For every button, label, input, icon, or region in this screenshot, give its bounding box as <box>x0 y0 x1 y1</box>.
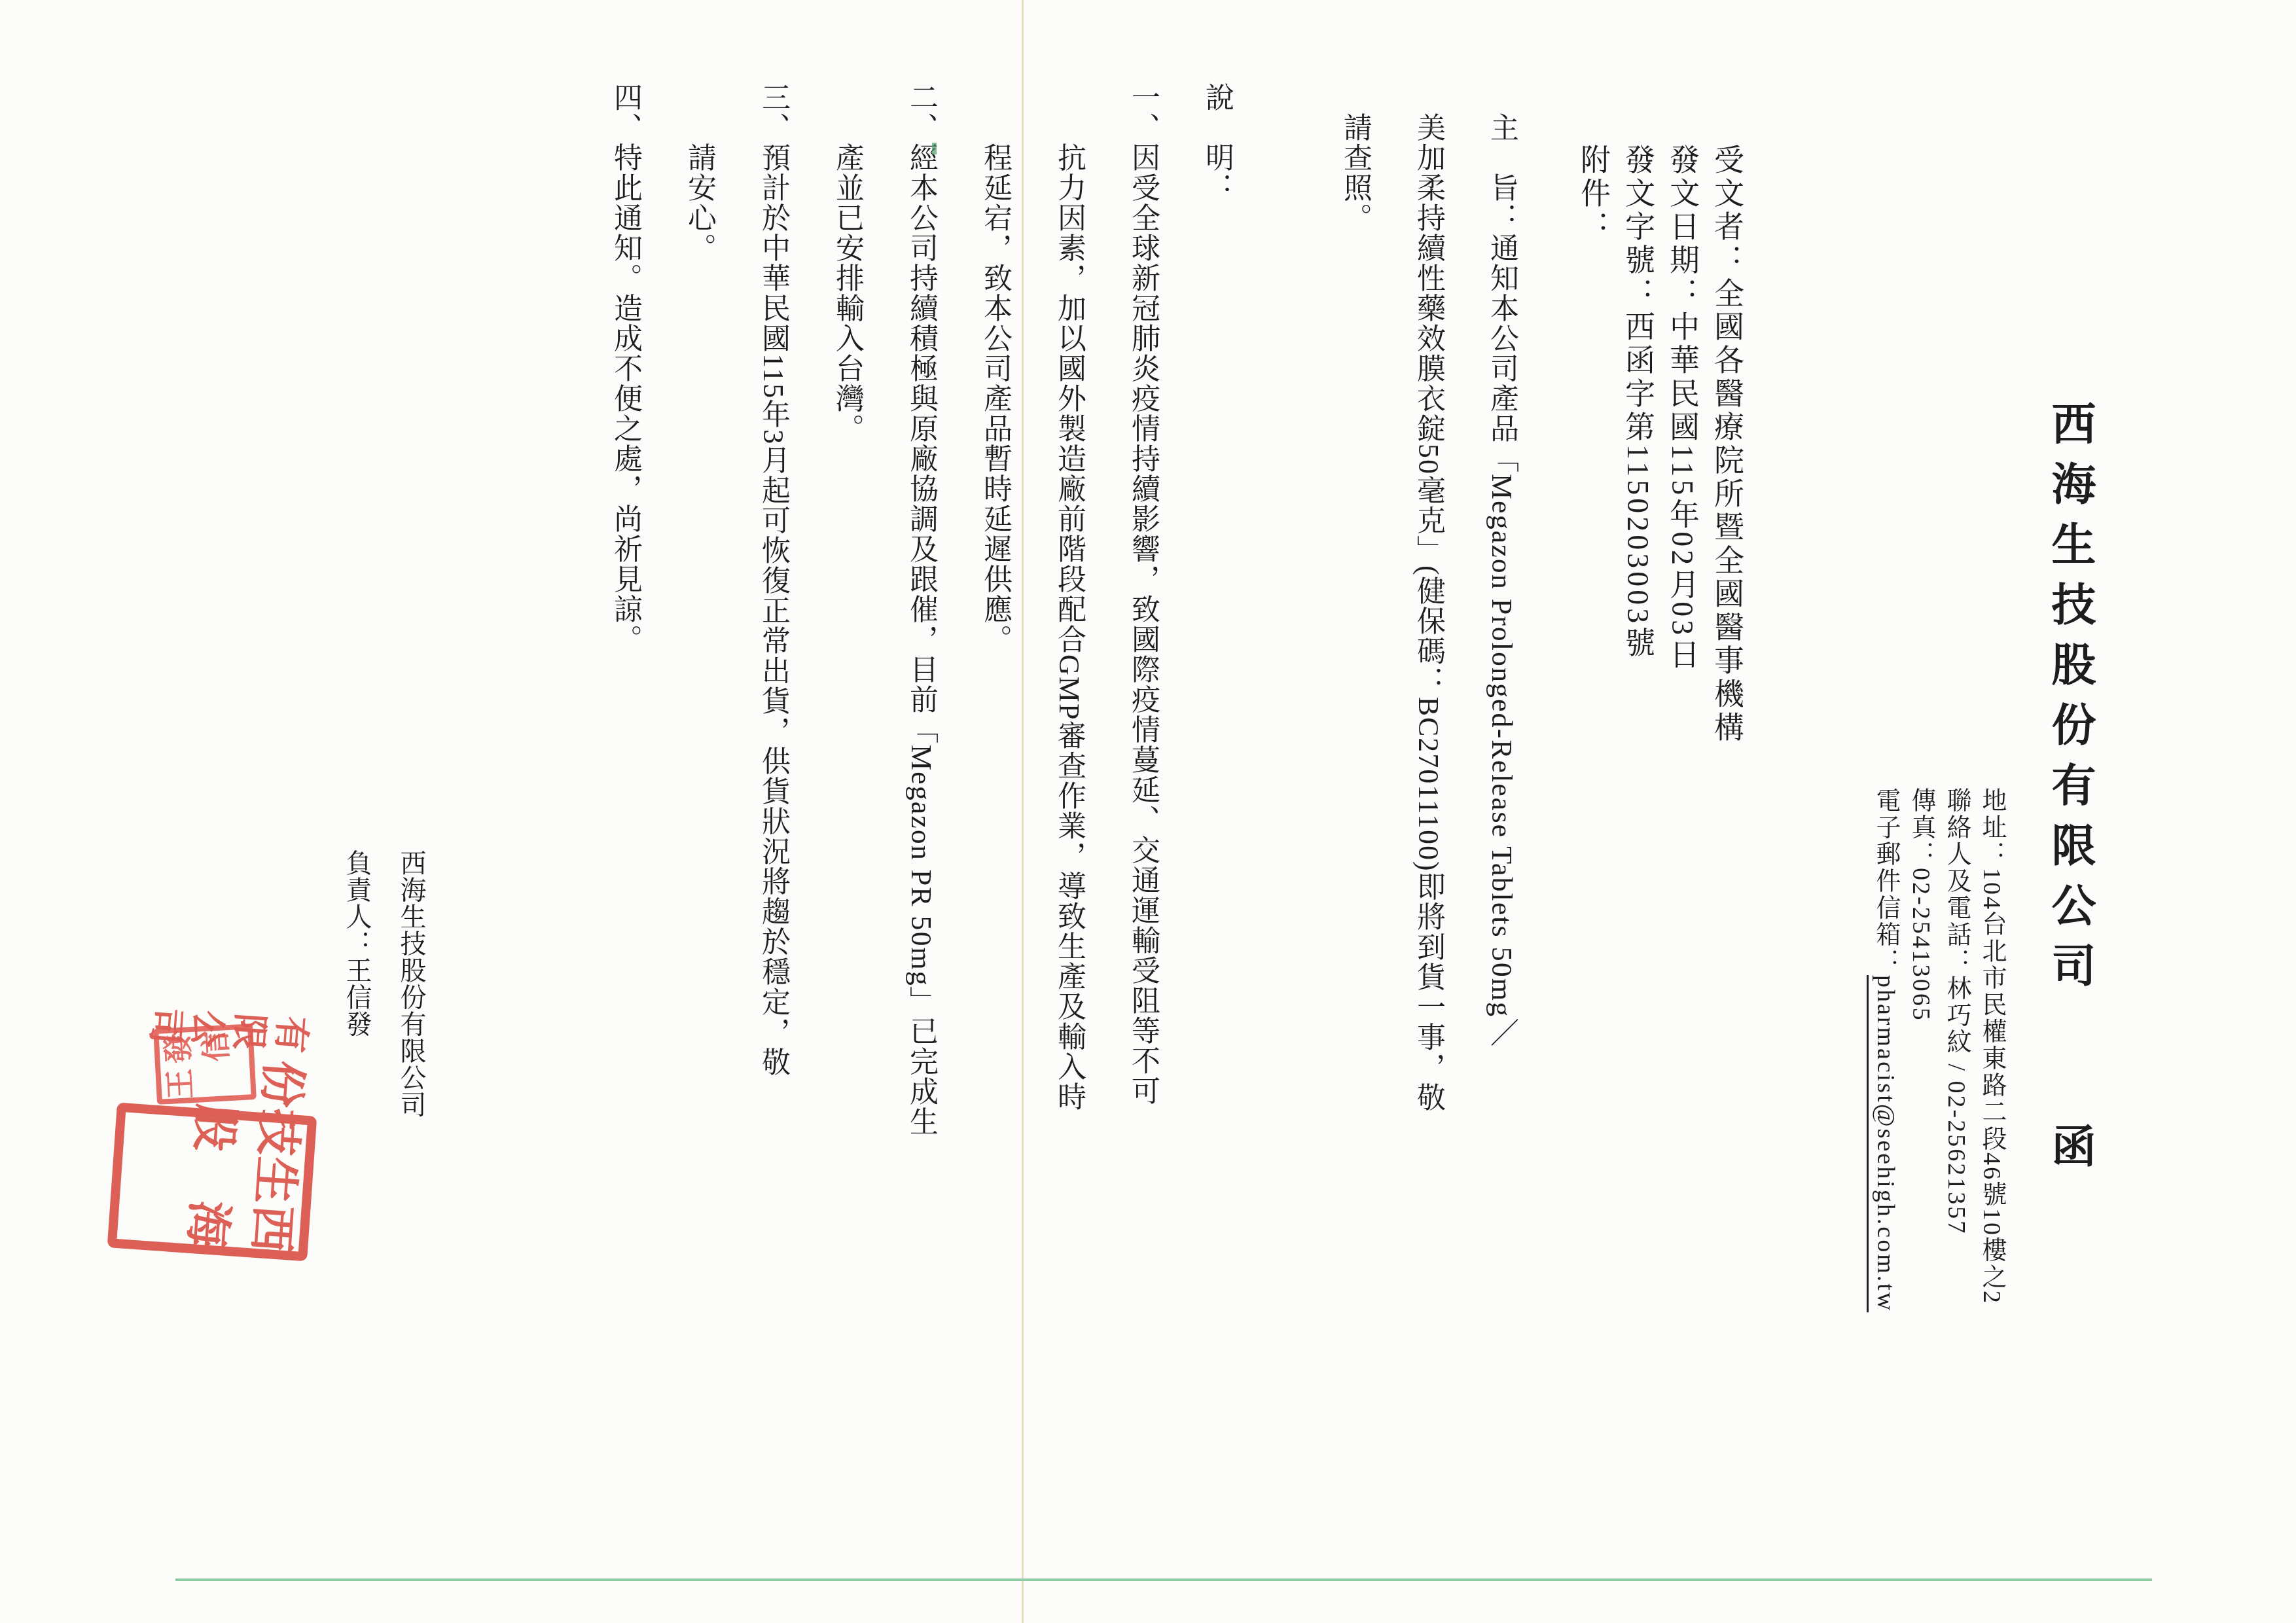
document-meta-block: 受文者：全國各醫療院所暨全國醫事機構 發文日期：中華民國115年02月03日 發… <box>1571 144 1749 745</box>
signature-company: 西海生技股份有限公司 <box>384 849 439 1118</box>
scan-artifact-green-speck <box>932 143 937 154</box>
signature-block: 西海生技股份有限公司 負責人：王信發 <box>330 849 439 1118</box>
body-item-2-col-2: 產並已安排輸入台灣。 <box>810 82 884 1137</box>
body-item-3-col-2: 請安心。 <box>662 82 736 1137</box>
contact-email-line: 電子郵件信箱：pharmacist@seehigh.com.tw <box>1868 787 1903 1312</box>
subject-block: 主 旨：通知本公司產品「Megazon Prolonged-Release Ta… <box>1318 113 1538 1113</box>
scanned-letter-page: 西海生技股份有限公司 函 地址：104台北市民權東路二段46號10樓之2 聯絡人… <box>0 0 2296 1623</box>
body-item-4-col-1: 四、特此通知。造成不便之處，尚祈見諒。 <box>588 82 662 1137</box>
meta-ref-number: 發文字號：西函字第1150203003號 <box>1615 144 1660 745</box>
subject-col-3: 請查照。 <box>1318 113 1391 1113</box>
contact-block: 地址：104台北市民權東路二段46號10樓之2 聯絡人及電話：林巧紋 / 02-… <box>1868 787 2009 1312</box>
body-item-1-col-1: 一、因受全球新冠肺炎疫情持續影響，致國際疫情蔓延、交通運輸受阻等不可 <box>1106 82 1180 1137</box>
contact-address: 地址：104台北市民權東路二段46號10樓之2 <box>1974 787 2009 1312</box>
scan-artifact-vertical-line <box>1022 0 1024 1623</box>
meta-recipient: 受文者：全國各醫療院所暨全國醫事機構 <box>1704 144 1749 745</box>
letter-title-text: 西海生技股份有限公司 函 <box>2039 401 2102 1183</box>
meta-issue-date: 發文日期：中華民國115年02月03日 <box>1660 144 1704 745</box>
personal-seal-stamp: 發信 王 <box>153 1024 257 1105</box>
company-seal-stamp: 西海生 技股份 有限公司 <box>107 1103 317 1262</box>
letter-title: 西海生技股份有限公司 函 <box>2039 401 2102 1183</box>
subject-col-2: 美加柔持續性藥效膜衣錠50毫克」(健保碼：BC27011100)即將到貨一事，敬 <box>1391 113 1465 1113</box>
body-item-2-col-1: 二、經本公司持續積極與原廠協調及跟催，目前「Megazon PR 50mg」已完… <box>884 82 958 1137</box>
personal-seal-col-1: 發信 <box>162 1030 247 1070</box>
contact-email-address: pharmacist@seehigh.com.tw <box>1872 975 1899 1312</box>
body-item-3-col-1: 三、預計於中華民國115年3月起可恢復正常出貨，供貨狀況將趨於穩定，敬 <box>736 82 810 1137</box>
subject-col-1: 主 旨：通知本公司產品「Megazon Prolonged-Release Ta… <box>1465 113 1538 1113</box>
scan-artifact-bottom-green-line <box>175 1578 2152 1581</box>
body-item-1-col-2: 抗力因素，加以國外製造廠前階段配合GMP審查作業，導致生產及輸入時 <box>1032 82 1106 1137</box>
contact-email-label: 電子郵件信箱： <box>1872 787 1899 975</box>
explanation-block: 說 明： 一、因受全球新冠肺炎疫情持續影響，致國際疫情蔓延、交通運輸受阻等不可 … <box>588 82 1254 1137</box>
signature-signer: 負責人：王信發 <box>330 849 384 1118</box>
contact-fax: 傳真：02-25413065 <box>1903 787 1939 1312</box>
contact-phone: 聯絡人及電話：林巧紋 / 02-25621357 <box>1939 787 1974 1312</box>
explanation-label: 說 明： <box>1180 82 1254 1137</box>
company-seal-col-1: 西海生 <box>120 1141 303 1250</box>
personal-seal-col-2: 王 <box>163 1065 249 1105</box>
meta-attachment: 附件： <box>1571 144 1615 745</box>
